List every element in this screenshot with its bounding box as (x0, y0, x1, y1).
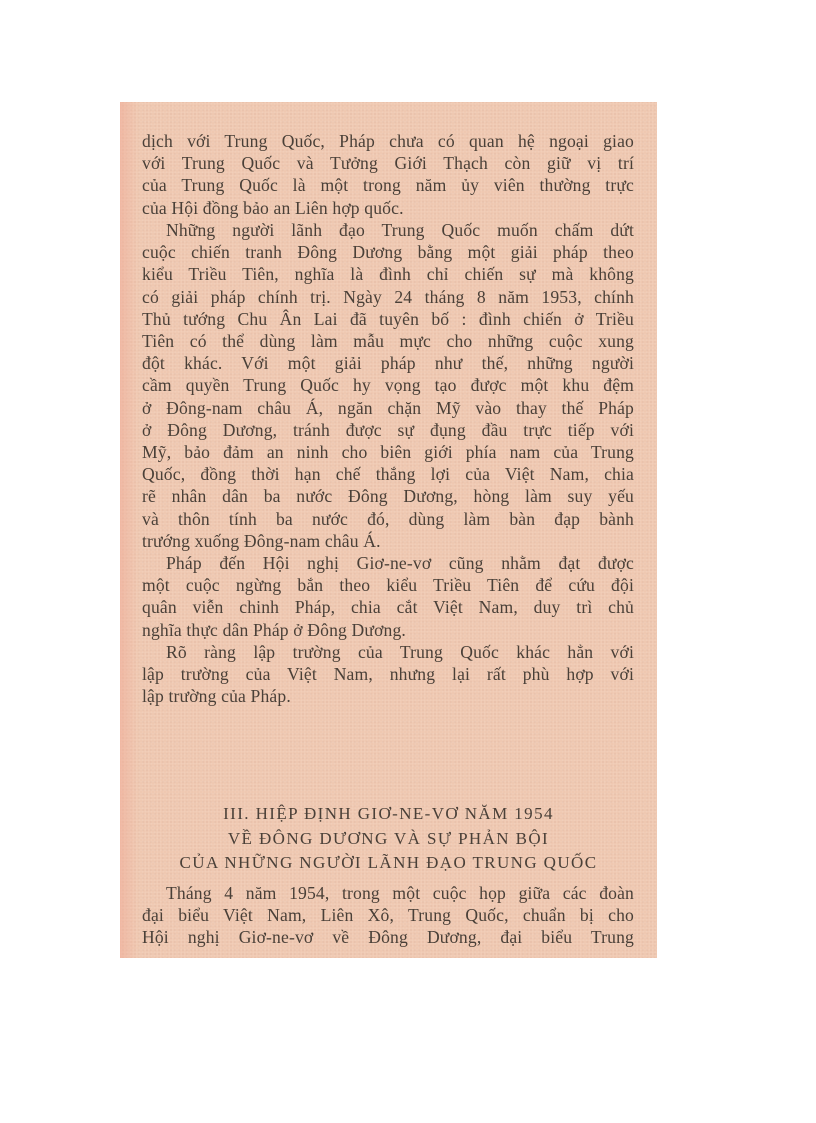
text-line: cầm quyền Trung Quốc hy vọng tạo được mộ… (142, 374, 634, 396)
text-line: và thôn tính ba nước đó, dùng làm bàn đạ… (142, 508, 634, 530)
text-line: Tháng 4 năm 1954, trong một cuộc họp giữ… (142, 882, 634, 904)
text-line: Mỹ, bảo đảm an ninh cho biên giới phía n… (142, 441, 634, 463)
section-paragraph: Tháng 4 năm 1954, trong một cuộc họp giữ… (142, 882, 634, 949)
text-line: lập trường của Pháp. (142, 685, 634, 707)
text-line: Thủ tướng Chu Ân Lai đã tuyên bố : đình … (142, 308, 634, 330)
paragraph-continuation: dịch với Trung Quốc, Pháp chưa có quan h… (142, 130, 634, 219)
heading-line: VỀ ĐÔNG DƯƠNG VÀ SỰ PHẢN BỘI (120, 827, 657, 852)
heading-line: CỦA NHỮNG NGƯỜI LÃNH ĐẠO TRUNG QUỐC (120, 851, 657, 876)
text-line: ở Đông-nam châu Á, ngăn chặn Mỹ vào thay… (142, 397, 634, 419)
text-line: trướng xuống Đông-nam châu Á. (142, 530, 634, 552)
text-line: Rõ ràng lập trường của Trung Quốc khác h… (142, 641, 634, 663)
text-line: ở Đông Dương, tránh được sự đụng đầu trự… (142, 419, 634, 441)
text-line: Pháp đến Hội nghị Giơ-ne-vơ cũng nhằm đạ… (142, 552, 634, 574)
text-line: đột khác. Với một giải pháp như thế, nhữ… (142, 352, 634, 374)
text-line: Những người lãnh đạo Trung Quốc muốn chấ… (142, 219, 634, 241)
text-line: rẽ nhân dân ba nước Đông Dương, hòng làm… (142, 485, 634, 507)
text-line: có giải pháp chính trị. Ngày 24 tháng 8 … (142, 286, 634, 308)
text-line: Hội nghị Giơ-ne-vơ về Đông Dương, đại bi… (142, 926, 634, 948)
text-line: Tiên có thể dùng làm mẫu mực cho những c… (142, 330, 634, 352)
text-line: của Hội đồng bảo an Liên hợp quốc. (142, 197, 634, 219)
heading-line: III. HIỆP ĐỊNH GIƠ-NE-VƠ NĂM 1954 (120, 802, 657, 827)
text-line: đại biểu Việt Nam, Liên Xô, Trung Quốc, … (142, 904, 634, 926)
text-line: kiểu Triều Tiên, nghĩa là đình chỉ chiến… (142, 263, 634, 285)
text-line: lập trường của Việt Nam, nhưng lại rất p… (142, 663, 634, 685)
text-line: Quốc, đồng thời hạn chế thắng lợi của Vi… (142, 463, 634, 485)
text-line: nghĩa thực dân Pháp ở Đông Dương. (142, 619, 634, 641)
text-line: một cuộc ngừng bắn theo kiểu Triều Tiên … (142, 574, 634, 596)
text-line: quân viễn chinh Pháp, chia cắt Việt Nam,… (142, 596, 634, 618)
body-paragraphs: Những người lãnh đạo Trung Quốc muốn chấ… (142, 219, 634, 707)
scanned-book-page: dịch với Trung Quốc, Pháp chưa có quan h… (120, 102, 657, 958)
text-line: cuộc chiến tranh Đông Dương bằng một giả… (142, 241, 634, 263)
section-heading: III. HIỆP ĐỊNH GIƠ-NE-VƠ NĂM 1954 VỀ ĐÔN… (120, 802, 657, 876)
text-line: với Trung Quốc và Tưởng Giới Thạch còn g… (142, 152, 634, 174)
text-line: dịch với Trung Quốc, Pháp chưa có quan h… (142, 130, 634, 152)
text-line: của Trung Quốc là một trong năm ủy viên … (142, 174, 634, 196)
